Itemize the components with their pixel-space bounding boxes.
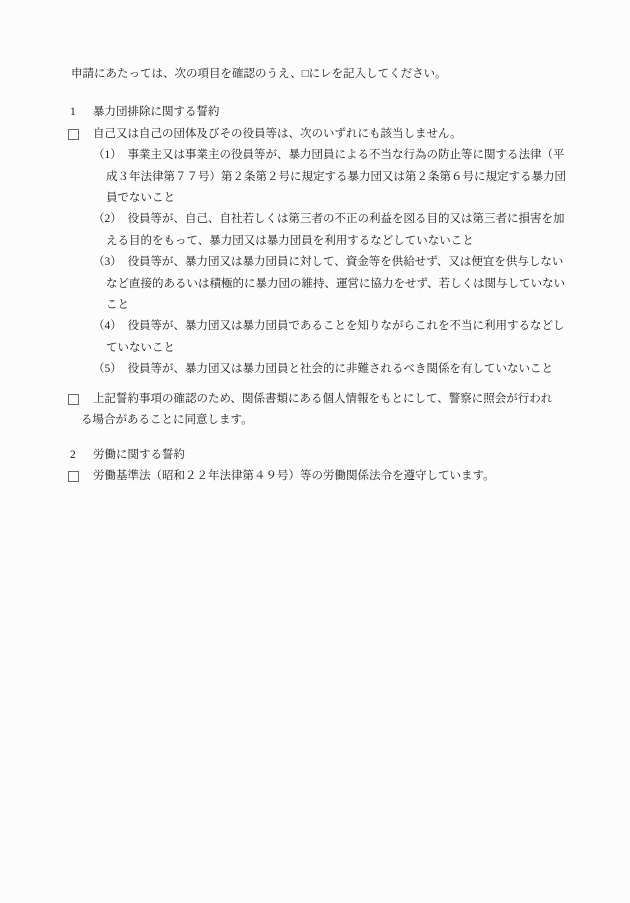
checkbox-labor-law[interactable] <box>68 471 79 482</box>
clause-3: （3） 役員等が、暴力団又は暴力団員に対して、資金等を供給せず、又は便宜を供与し… <box>106 252 572 316</box>
section-1-number: 1 <box>68 102 93 123</box>
section-2-heading: 2労働に関する誓約 <box>68 445 572 466</box>
pledge-police-inquiry-text: 上記誓約事項の確認のため、関係書類にある個人情報をもとにして、警察に照会が行われ… <box>81 389 572 432</box>
pledge-labor-law-compliance: 労働基準法（昭和２２年法律第４９号）等の労働関係法令を遵守しています。 <box>81 466 572 487</box>
document-page: 申請にあたっては、次の項目を確認のうえ、□にレを記入してください。 1暴力団排除… <box>0 0 630 903</box>
checkbox-police-inquiry[interactable] <box>68 394 79 405</box>
clause-5: （5） 役員等が、暴力団又は暴力団員と社会的に非難されるべき関係を有していないこ… <box>106 359 572 380</box>
section-1-title: 暴力団排除に関する誓約 <box>93 106 220 118</box>
intro-instruction: 申請にあたっては、次の項目を確認のうえ、□にレを記入してください。 <box>68 64 572 85</box>
pledge-labor-law-text: 労働基準法（昭和２２年法律第４９号）等の労働関係法令を遵守しています。 <box>81 466 572 487</box>
pledge-self-not-applicable: 自己又は自己の団体及びその役員等は、次のいずれにも該当しません。 <box>81 124 572 145</box>
clause-1: （1） 事業主又は事業主の役員等が、暴力団員による不当な行為の防止等に関する法律… <box>106 145 572 209</box>
clause-2: （2） 役員等が、自己、自社若しくは第三者の不正の利益を図る目的又は第三者に損害… <box>106 209 572 252</box>
section-2-number: 2 <box>68 445 93 466</box>
pledge-self-text: 自己又は自己の団体及びその役員等は、次のいずれにも該当しません。 <box>81 124 572 145</box>
pledge-police-inquiry-consent: 上記誓約事項の確認のため、関係書類にある個人情報をもとにして、警察に照会が行われ… <box>81 389 572 432</box>
section-1-heading: 1暴力団排除に関する誓約 <box>68 102 572 123</box>
section-gang-exclusion: 1暴力団排除に関する誓約 自己又は自己の団体及びその役員等は、次のいずれにも該当… <box>68 102 572 431</box>
section-labor: 2労働に関する誓約 労働基準法（昭和２２年法律第４９号）等の労働関係法令を遵守し… <box>68 445 572 488</box>
section-2-title: 労働に関する誓約 <box>93 449 185 461</box>
clause-4: （4） 役員等が、暴力団又は暴力団員であることを知りながらこれを不当に利用するな… <box>106 316 572 359</box>
checkbox-pledge-self[interactable] <box>68 129 79 140</box>
